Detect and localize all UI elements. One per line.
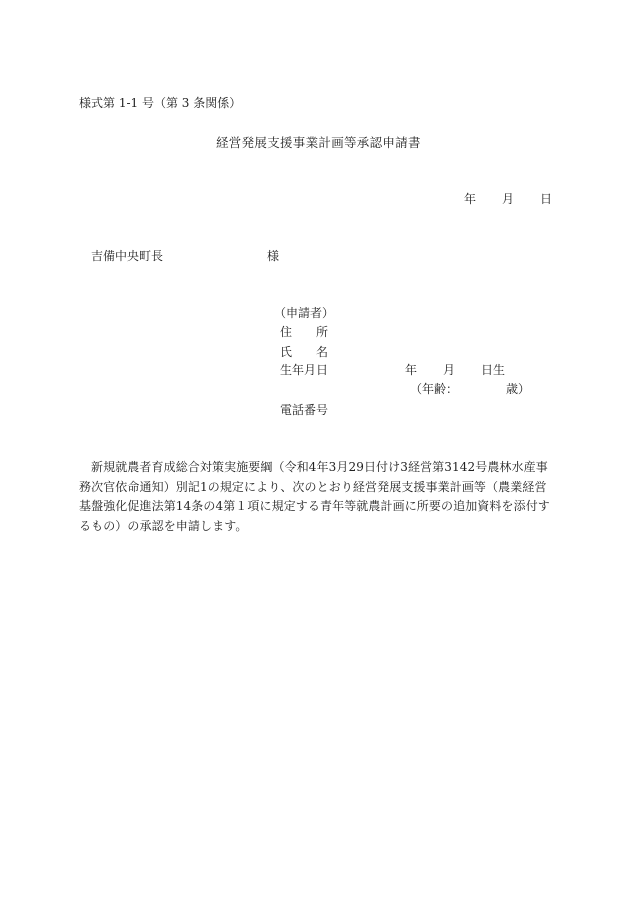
date-line: 年月日 — [464, 192, 552, 206]
addressee-name: 吉備中央町長 — [91, 249, 163, 263]
address-label: 住所 — [280, 325, 328, 339]
addressee: 吉備中央町長 様 — [91, 249, 163, 263]
dob-values: 年月日生 — [405, 363, 505, 377]
date-day-label: 日 — [540, 192, 552, 206]
document-title: 経営発展支援事業計画等承認申請書 — [216, 136, 421, 150]
phone-label: 電話番号 — [280, 403, 328, 417]
application-statement: 新規就農者育成総合対策実施要綱（令和4年3月29日付け3経営第3142号農林水産… — [79, 458, 554, 536]
dob-month: 月 — [443, 363, 481, 377]
age-suffix: 歳） — [506, 382, 530, 396]
form-number: 様式第 1-1 号（第 3 条関係） — [79, 96, 241, 110]
addressee-honorific: 様 — [267, 249, 279, 263]
applicant-section-label: （申請者） — [274, 306, 334, 320]
age-line: （年齢：歳） — [410, 382, 530, 396]
name-label: 氏名 — [280, 345, 328, 359]
dob-day: 日生 — [481, 363, 505, 377]
age-prefix: （年齢： — [410, 382, 506, 396]
date-year-label: 年 — [464, 192, 502, 206]
dob-label: 生年月日 — [280, 363, 328, 377]
date-month-label: 月 — [502, 192, 540, 206]
dob-year: 年 — [405, 363, 443, 377]
